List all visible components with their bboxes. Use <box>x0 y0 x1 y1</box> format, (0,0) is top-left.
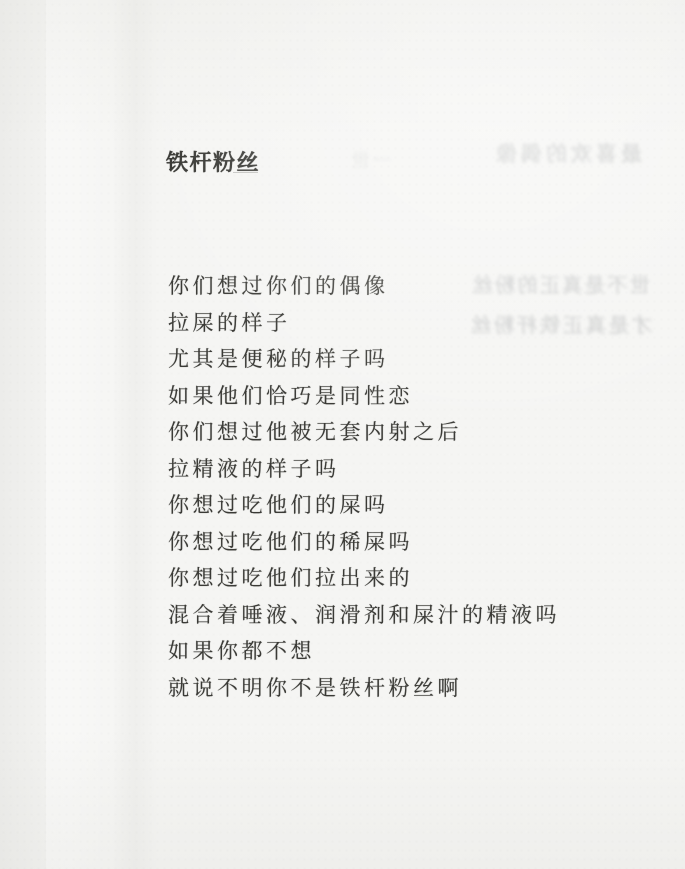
poem-line: 如果你都不想 <box>168 633 638 670</box>
ghost-bleedthrough-title: 最喜欢的偶像 <box>492 138 642 168</box>
poem-line: 拉精液的样子吗 <box>168 451 638 488</box>
book-page: 最喜欢的偶像 一世 世不是真正的粉丝 才是真正铁杆粉丝 铁杆粉丝 你们想过你们的… <box>0 0 685 869</box>
poem-body: 你们想过你们的偶像 拉屎的样子 尤其是便秘的样子吗 如果他们恰巧是同性恋 你们想… <box>168 268 638 706</box>
print-artifact-line <box>233 172 258 173</box>
poem-line: 你想过吃他们的稀屎吗 <box>168 524 638 561</box>
poem-line: 尤其是便秘的样子吗 <box>168 341 638 378</box>
poem-line: 你们想过他被无套内射之后 <box>168 414 638 451</box>
poem-line: 如果他们恰巧是同性恋 <box>168 378 638 415</box>
poem-line: 就说不明你不是铁杆粉丝啊 <box>168 670 638 707</box>
gutter-shadow <box>112 0 158 869</box>
poem-line: 你想过吃他们拉出来的 <box>168 560 638 597</box>
poem-line: 拉屎的样子 <box>168 305 638 342</box>
poem-line: 你想过吃他们的屎吗 <box>168 487 638 524</box>
ghost-bleedthrough-dash: 一世 <box>348 146 392 173</box>
poem-line: 混合着唾液、润滑剂和屎汁的精液吗 <box>168 597 638 634</box>
poem-line: 你们想过你们的偶像 <box>168 268 638 305</box>
